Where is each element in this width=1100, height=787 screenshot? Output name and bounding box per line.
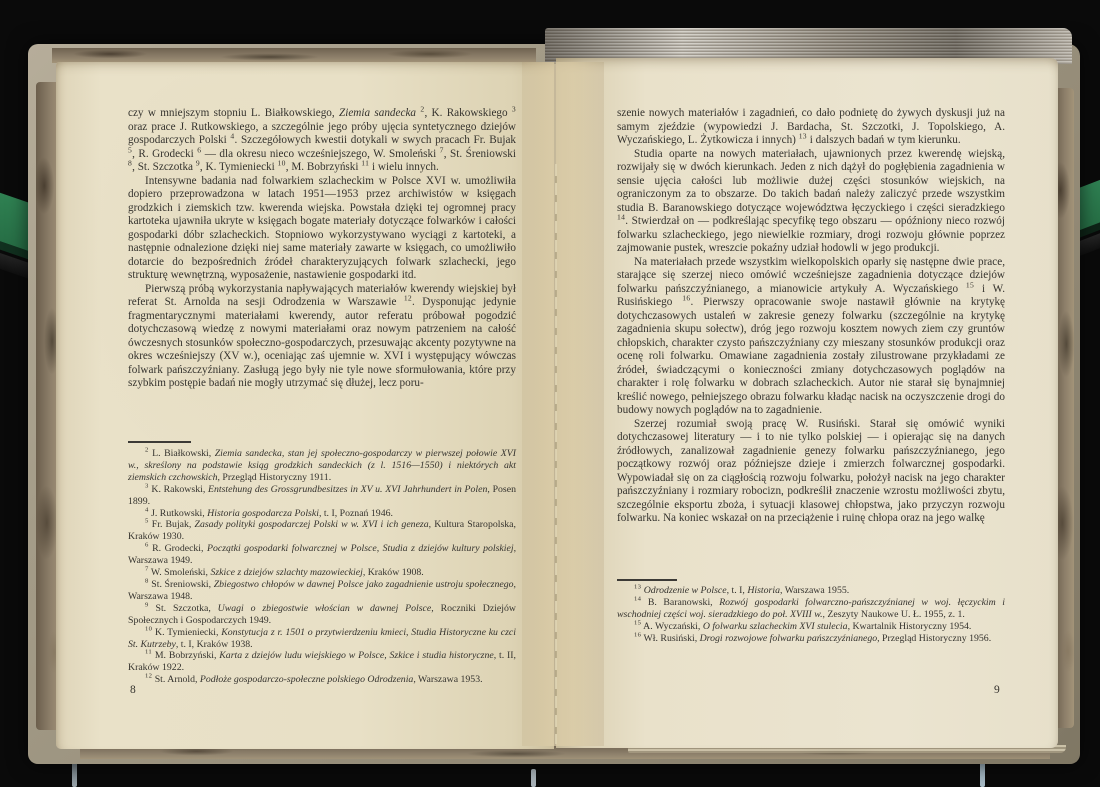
right-page-body: szenie nowych materiałów i zagadnień, co… — [617, 107, 1005, 526]
right-page: szenie nowych materiałów i zagadnień, co… — [556, 58, 1058, 748]
footnote: 14 B. Baranowski, Rozwój gospodarki folw… — [617, 597, 1005, 621]
footnote: 11 M. Bobrzyński, Karta z dziejów ludu w… — [128, 650, 516, 674]
paragraph: czy w mniejszym stopniu L. Białkowskiego… — [128, 107, 516, 175]
footnote: 12 St. Arnold, Podłoże gospodarczo-społe… — [128, 674, 516, 686]
footnote: 10 K. Tymieniecki, Konstytucja z r. 1501… — [128, 627, 516, 651]
footnote: 7 W. Smoleński, Szkice z dziejów szlacht… — [128, 567, 516, 579]
page-edges-top-left — [52, 48, 536, 63]
footnote-separator-left — [128, 441, 191, 443]
paragraph: Pierwszą próbą wykorzystania napływający… — [128, 283, 516, 391]
left-page-footnotes: 2 L. Białkowski, Ziemia sandecka, stan j… — [128, 448, 516, 686]
binding-seam — [555, 164, 557, 744]
footnote: 13 Odrodzenie w Polsce, t. I, Historia, … — [617, 585, 1005, 597]
footnote-separator-right — [617, 579, 677, 581]
footnote: 4 J. Rutkowski, Historia gospodarcza Pol… — [128, 508, 516, 520]
footnote: 2 L. Białkowski, Ziemia sandecka, stan j… — [128, 448, 516, 484]
photograph-of-open-book: { "colors": { "page": "#e9e1c8", "backgr… — [0, 0, 1100, 787]
page-number-right: 9 — [994, 684, 1000, 696]
footnote: 6 R. Grodecki, Początki gospodarki folwa… — [128, 543, 516, 567]
left-page-body: czy w mniejszym stopniu L. Białkowskiego… — [128, 107, 516, 391]
footnote: 15 A. Wyczański, O folwarku szlacheckim … — [617, 621, 1005, 633]
footnote: 16 Wł. Rusiński, Drogi rozwojowe folwark… — [617, 633, 1005, 645]
left-page: czy w mniejszym stopniu L. Białkowskiego… — [56, 62, 554, 749]
page-number-left: 8 — [130, 684, 136, 696]
footnote: 5 Fr. Bujak, Zasady polityki gospodarcze… — [128, 519, 516, 543]
cradle-post-center — [531, 769, 536, 787]
right-page-footnotes: 13 Odrodzenie w Polsce, t. I, Historia, … — [617, 585, 1005, 645]
paragraph: Studia oparte na nowych materiałach, uja… — [617, 148, 1005, 256]
paragraph: Szerzej rozumiał swoją pracę W. Rusiński… — [617, 418, 1005, 526]
paragraph: szenie nowych materiałów i zagadnień, co… — [617, 107, 1005, 148]
paragraph: Intensywne badania nad folwarkiem szlach… — [128, 175, 516, 283]
footnote: 3 K. Rakowski, Entstehung des Grossgrund… — [128, 484, 516, 508]
paragraph: Na materiałach przede wszystkim wielkopo… — [617, 256, 1005, 418]
cradle-post-left — [72, 762, 77, 787]
footnote: 9 St. Szczotka, Uwagi o zbiegostwie włoś… — [128, 603, 516, 627]
footnote: 8 St. Śreniowski, Zbiegostwo chłopów w d… — [128, 579, 516, 603]
open-book: czy w mniejszym stopniu L. Białkowskiego… — [28, 44, 1080, 764]
